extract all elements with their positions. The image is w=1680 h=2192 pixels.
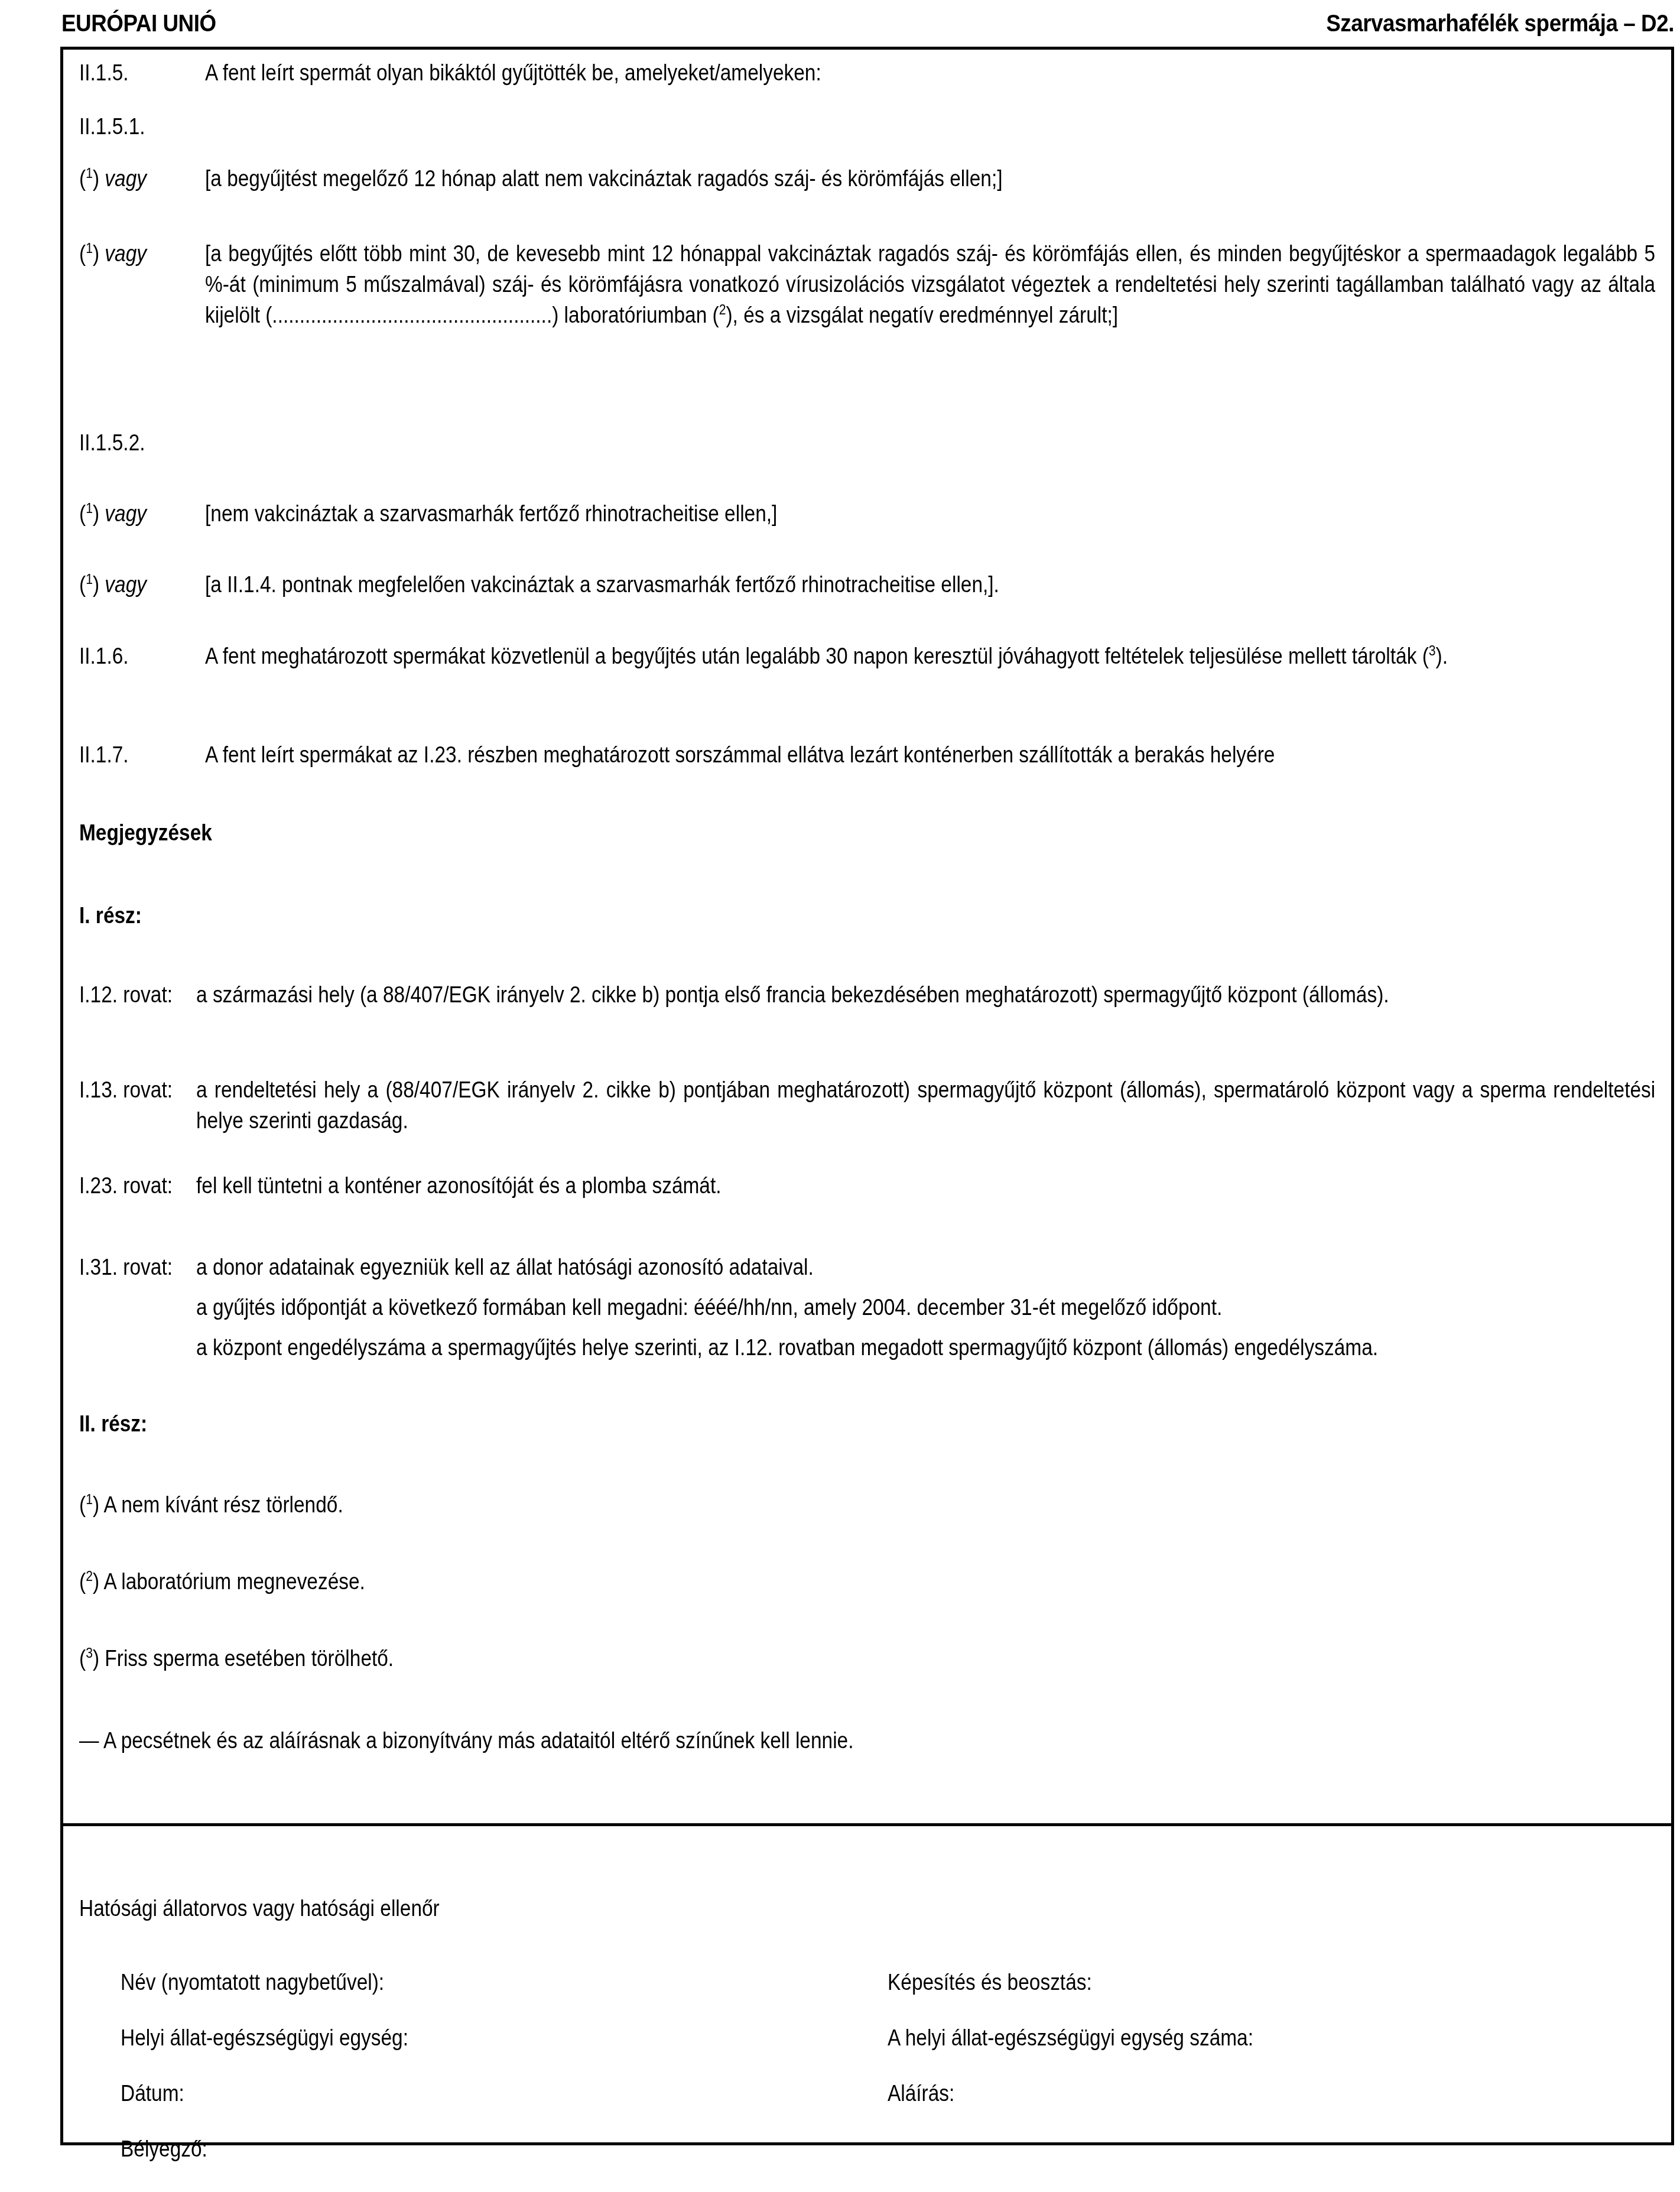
section-number: II.1.7. xyxy=(79,740,129,771)
signature-title: Hatósági állatorvos vagy hatósági ellenő… xyxy=(79,1894,440,1924)
section-text: A fent leírt spermát olyan bikáktól gyűj… xyxy=(205,58,821,89)
option-label: (1) vagy xyxy=(79,164,147,194)
option-text: [a begyűjtést megelőző 12 hónap alatt ne… xyxy=(205,164,1003,194)
notes-title: Megjegyzések xyxy=(79,818,212,849)
note-label: I.31. rovat: xyxy=(79,1252,173,1283)
part2-title: II. rész: xyxy=(79,1409,147,1440)
note-text: a központ engedélyszáma a spermagyűjtés … xyxy=(196,1333,1378,1363)
field-local-unit[interactable]: Helyi állat-egészségügyi egység: xyxy=(121,2023,408,2054)
dash-note: — A pecsétnek és az aláírásnak a bizonyí… xyxy=(79,1726,853,1756)
note-text: a donor adatainak egyezniük kell az álla… xyxy=(196,1252,814,1283)
option-label: (1) vagy xyxy=(79,499,147,530)
field-signature[interactable]: Aláírás: xyxy=(888,2079,954,2109)
certificate-frame: II.1.5. A fent leírt spermát olyan bikák… xyxy=(60,47,1674,2145)
field-date[interactable]: Dátum: xyxy=(121,2079,184,2109)
footnote: (2) A laboratórium megnevezése. xyxy=(79,1567,365,1597)
section-text: A fent leírt spermákat az I.23. részben … xyxy=(205,740,1275,771)
note-text: a rendeltetési hely a (88/407/EGK iránye… xyxy=(196,1075,1656,1136)
note-label: I.13. rovat: xyxy=(79,1075,173,1106)
option-label: (1) vagy xyxy=(79,239,147,269)
note-text: fel kell tüntetni a konténer azonosítójá… xyxy=(196,1171,722,1201)
option-text: [nem vakcináztak a szarvasmarhák fertőző… xyxy=(205,499,777,530)
section-divider xyxy=(63,1823,1671,1826)
laboratory-name-blank[interactable]: ........................................… xyxy=(272,303,552,328)
footnote: (3) Friss sperma esetében törölhető. xyxy=(79,1644,394,1674)
option-text-long: [a begyűjtés előtt több mint 30, de keve… xyxy=(205,239,1656,331)
section-number: II.1.6. xyxy=(79,641,129,672)
note-label: I.12. rovat: xyxy=(79,980,173,1011)
option-label: (1) vagy xyxy=(79,570,147,600)
note-text: a származási hely (a 88/407/EGK irányelv… xyxy=(196,980,1656,1011)
field-local-unit-number[interactable]: A helyi állat-egészségügyi egység száma: xyxy=(888,2023,1253,2054)
section-number: II.1.5.2. xyxy=(79,428,145,459)
footnote: (1) A nem kívánt rész törlendő. xyxy=(79,1490,343,1521)
section-text: A fent meghatározott spermákat közvetlen… xyxy=(205,641,1656,672)
part1-title: I. rész: xyxy=(79,901,142,931)
note-label: I.23. rovat: xyxy=(79,1171,173,1201)
field-qualification[interactable]: Képesítés és beosztás: xyxy=(888,1967,1092,1998)
header-right-title: Szarvasmarhafélék spermája – D2. xyxy=(1326,11,1674,37)
note-text: a gyűjtés időpontját a következő formába… xyxy=(196,1293,1222,1323)
field-name[interactable]: Név (nyomtatott nagybetűvel): xyxy=(121,1967,384,1998)
section-number: II.1.5. xyxy=(79,58,129,89)
section-number: II.1.5.1. xyxy=(79,112,145,142)
header-left-title: EURÓPAI UNIÓ xyxy=(61,11,216,37)
field-stamp[interactable]: Bélyegző: xyxy=(121,2134,207,2165)
option-text: [a II.1.4. pontnak megfelelően vakcinázt… xyxy=(205,570,999,600)
